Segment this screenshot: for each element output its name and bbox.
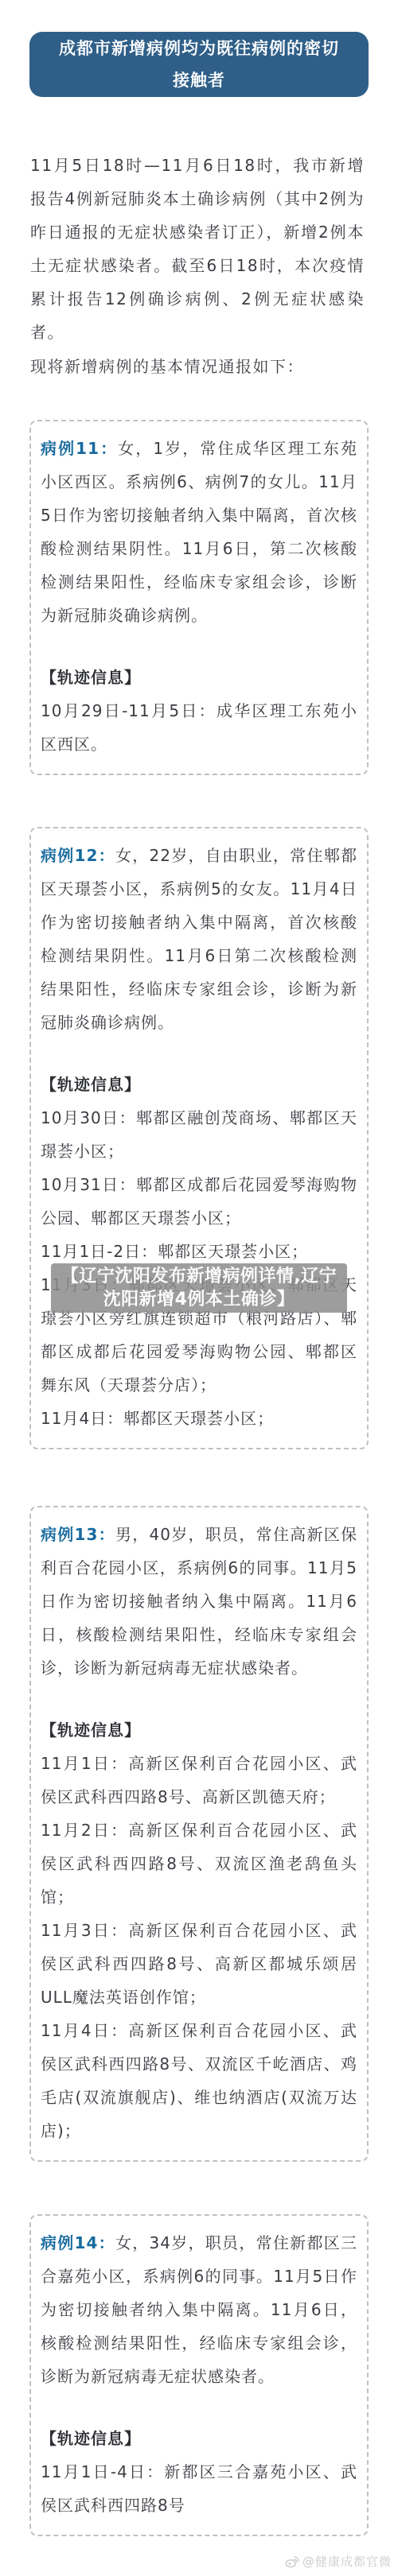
track-item: 11月1日：高新区保利百合花园小区、武侯区武科西四路8号、高新区凯德天府； [41,1747,357,1814]
weibo-watermark-text: @健康成都官微 [302,2553,392,2570]
center-watermark: 【辽宁沈阳发布新增病例详情,辽宁沈阳新增4例本土确诊】 [51,1263,347,1313]
track-item: 11月4日：高新区保利百合花园小区、武侯区武科西四路8号、双流区千屹酒店、鸡毛店… [41,2014,357,2147]
case-description-text: 女，34岁，职员，常住新都区三合嘉苑小区，系病例6的同事。11月5日作为密切接触… [41,2233,357,2386]
track-item: 11月3日：高新区保利百合花园小区、武侯区武科西四路8号、高新区都城乐颂居ULL… [41,1914,357,2014]
intro-paragraph-lead-in: 现将新增病例的基本情况通报如下： [30,350,365,383]
track-info-heading: 【轨迹信息】 [41,1713,357,1747]
track-item: 11月1日-4日：新都区三合嘉苑小区、武侯区武科西四路8号 [41,2455,357,2522]
case-description: 病例11：女，1岁，常住成华区理工东苑小区西区。系病例6、病例7的女儿。11月5… [41,432,357,632]
track-item: 11月4日：郫都区天璟荟小区； [41,1402,357,1435]
case-card-13: 病例13：男，40岁，职员，常住高新区保利百合花园小区，系病例6的同事。11月5… [29,1506,369,2162]
bulletin-page: { "header": { "title": "成都市新增病例均为既往病例的密切… [0,0,398,2576]
track-item: 10月29日-11月5日：成华区理工东苑小区西区。 [41,694,357,761]
case-description-text: 男，40岁，职员，常住高新区保利百合花园小区，系病例6的同事。11月5日作为密切… [41,1525,357,1678]
case-label: 病例12： [41,846,115,865]
case-card-12: 病例12：女，22岁，自由职业，常住郫都区天璟荟小区，系病例5的女友。11月4日… [29,827,369,1449]
intro-paragraph-summary: 11月5日18时—11月6日18时，我市新增报告4例新冠肺炎本土确诊病例（其中2… [30,149,365,349]
track-item: 10月30日：郫都区融创茂商场、郫都区天璟荟小区； [41,1101,357,1168]
case-description-text: 女，22岁，自由职业，常住郫都区天璟荟小区，系病例5的女友。11月4日作为密切接… [41,846,357,1032]
case-description: 病例13：男，40岁，职员，常住高新区保利百合花园小区，系病例6的同事。11月5… [41,1518,357,1685]
case-label: 病例13： [41,1525,115,1544]
case-card-11: 病例11：女，1岁，常住成华区理工东苑小区西区。系病例6、病例7的女儿。11月5… [29,420,369,775]
case-description: 病例12：女，22岁，自由职业，常住郫都区天璟荟小区，系病例5的女友。11月4日… [41,839,357,1039]
case-description-text: 女，1岁，常住成华区理工东苑小区西区。系病例6、病例7的女儿。11月5日作为密切… [41,439,357,625]
weibo-icon [285,2555,299,2568]
track-item: 10月31日：郫都区成都后花园爱琴海购物公园、郫都区天璟荟小区； [41,1168,357,1235]
track-info-heading: 【轨迹信息】 [41,1068,357,1101]
track-item: 11月2日：高新区保利百合花园小区、武侯区武科西四路8号、双流区渔老鸹鱼头馆； [41,1814,357,1914]
track-info-heading: 【轨迹信息】 [41,661,357,694]
announcement-title: 成都市新增病例均为既往病例的密切接触者 [29,32,369,97]
case-label: 病例11： [41,439,118,458]
case-card-14: 病例14：女，34岁，职员，常住新都区三合嘉苑小区，系病例6的同事。11月5日作… [29,2214,369,2536]
weibo-watermark: @健康成都官微 [285,2553,392,2570]
track-info-heading: 【轨迹信息】 [41,2422,357,2455]
case-label: 病例14： [41,2233,115,2252]
case-description: 病例14：女，34岁，职员，常住新都区三合嘉苑小区，系病例6的同事。11月5日作… [41,2226,357,2393]
